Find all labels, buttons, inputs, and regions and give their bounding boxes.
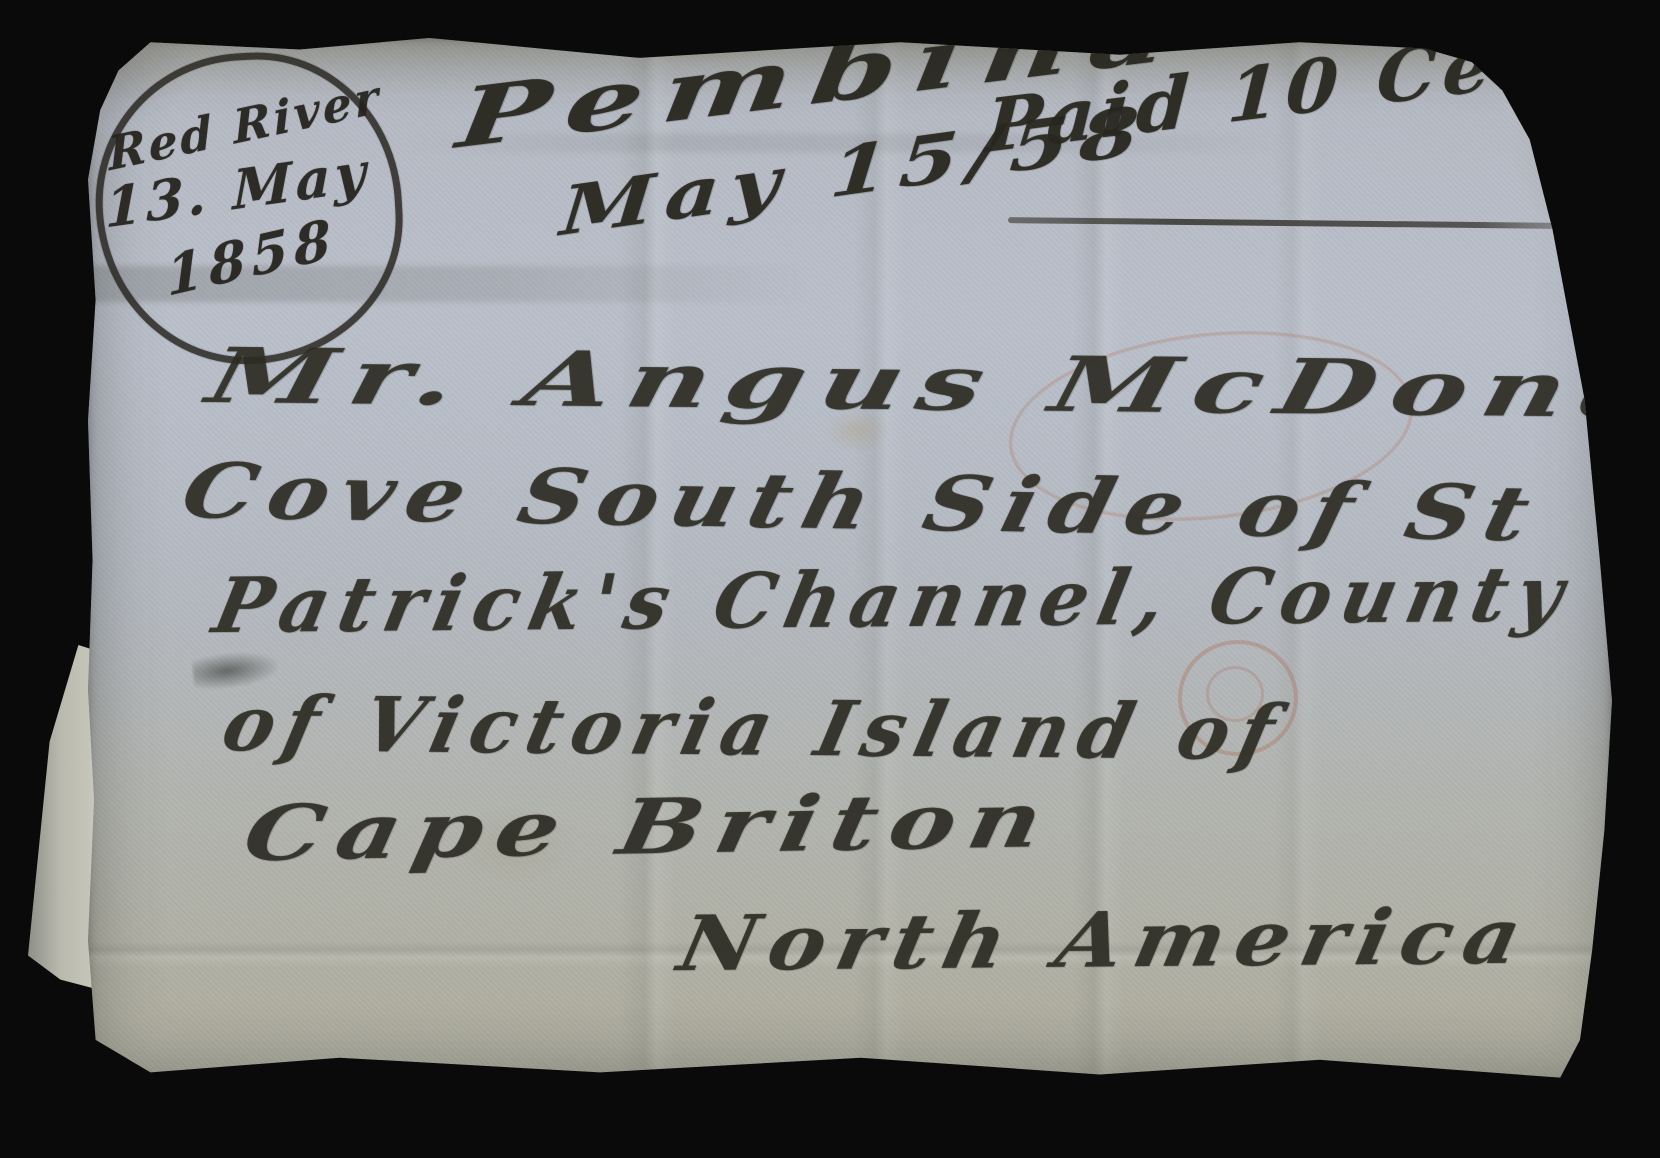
rate-marking: Paid 10 Cents: [984, 9, 1649, 163]
rate-underline: [1008, 217, 1560, 229]
address-line-channel: Patrick's Channel, County: [208, 556, 1580, 644]
address-line-island: Cape Briton: [238, 782, 1061, 872]
address-line-locality: Cove South Side of St: [176, 453, 1549, 552]
address-line-county: of Victoria Island of: [216, 686, 1291, 771]
photo-background: { "scene": { "background_color": "#0a0a0…: [0, 0, 1660, 1158]
address-line-country: North America: [673, 899, 1539, 983]
address-line-recipient: Mr. Angus McDonald: [201, 338, 1660, 431]
envelope-cover: Red River 13. May 1858 Pembina May 15/58…: [88, 38, 1612, 1086]
red-river-postmark: Red River 13. May 1858: [88, 45, 410, 372]
